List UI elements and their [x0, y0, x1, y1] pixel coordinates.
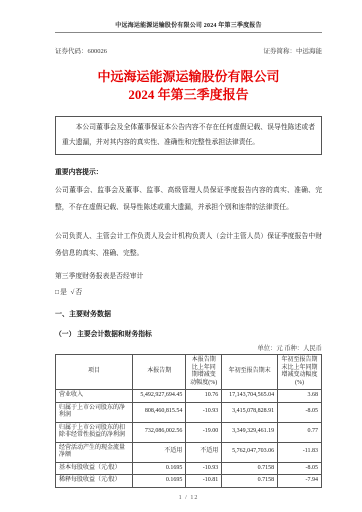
cell-value: 17,143,704,565.04	[222, 390, 278, 403]
cell-value: -10.93	[186, 402, 222, 422]
report-page: 中远海运能源运输股份有限公司 2024 年第三季度报告 证券代码：600026 …	[0, 0, 362, 512]
section-heading: 一、主要财务数据	[55, 309, 322, 319]
table-row: 营业收入5,492,927,694.4510.7617,143,704,565.…	[56, 390, 322, 403]
column-header: 年初至报告期末	[222, 355, 278, 390]
audit-question: 第三季度财务报表是否经审计	[55, 270, 322, 280]
table-row: 经营活动产生的现金流量净额不适用不适用5,762,047,703.06-11.8…	[56, 442, 322, 462]
row-label: 归属于上市公司股东的净利润	[56, 402, 133, 422]
cell-value: 0.7158	[222, 475, 278, 488]
stock-code: 证券代码：600026	[55, 46, 107, 55]
cell-value: -8.05	[278, 462, 322, 475]
section-subheading: （一） 主要会计数据和财务指标	[55, 328, 322, 338]
column-header: 本报告期	[133, 355, 186, 390]
document-title-line2: 2024 年第三季度报告	[55, 86, 322, 104]
cell-value: 0.7158	[222, 462, 278, 475]
row-label: 归属于上市公司股东的扣除非经常性损益的净利润	[56, 422, 133, 442]
table-row: 归属于上市公司股东的扣除非经常性损益的净利润732,086,002.56-19.…	[56, 422, 322, 442]
page-number: 1 / 12	[55, 495, 322, 501]
cell-value: 732,086,002.56	[133, 422, 186, 442]
important-notice-heading: 重要内容提示：	[55, 166, 322, 176]
table-row: 归属于上市公司股东的净利润808,460,815.54-10.933,415,0…	[56, 402, 322, 422]
cell-value: 5,762,047,703.06	[222, 442, 278, 462]
column-header: 年初至报告期末比上年同期增减变动幅度(%)	[278, 355, 322, 390]
notice-paragraph-2: 公司负责人、主管会计工作负责人及会计机构负责人（会计主管人员）保证季度报告中财务…	[55, 229, 322, 262]
cell-value: 0.1695	[133, 462, 186, 475]
financial-indicators-table: 项目本报告期本报告期比上年同期增减变动幅度(%)年初至报告期末年初至报告期末比上…	[55, 354, 322, 488]
row-label: 稀释每股收益（元/股）	[56, 475, 133, 488]
cell-value: -11.83	[278, 442, 322, 462]
notice-paragraph-1: 公司董事会、监事会及董事、监事、高级管理人员保证季度报告内容的真实、准确、完整，…	[55, 183, 322, 216]
cell-value: 3.68	[278, 390, 322, 403]
cell-value: 10.76	[186, 390, 222, 403]
column-header: 本报告期比上年同期增减变动幅度(%)	[186, 355, 222, 390]
cell-value: 不适用	[186, 442, 222, 462]
cell-value: -7.94	[278, 475, 322, 488]
cell-value: 3,415,078,828.91	[222, 402, 278, 422]
cell-value: -10.93	[186, 462, 222, 475]
document-title-line1: 中远海运能源运输股份有限公司	[55, 68, 322, 86]
table-row: 稀释每股收益（元/股）0.1695-10.810.7158-7.94	[56, 475, 322, 488]
cell-value: 3,349,329,461.19	[222, 422, 278, 442]
board-statement-box: 本公司董事会及全体董事保证本公告内容不存在任何虚假记载、误导性陈述或者重大遗漏，…	[55, 116, 322, 155]
row-label: 经营活动产生的现金流量净额	[56, 442, 133, 462]
row-label: 基本每股收益（元/股）	[56, 462, 133, 475]
running-head: 中远海运能源运输股份有限公司 2024 年第三季度报告	[55, 20, 322, 33]
cell-value: 808,460,815.54	[133, 402, 186, 422]
stock-codes-row: 证券代码：600026 证券简称：中远海能	[55, 46, 322, 55]
cell-value: -19.00	[186, 422, 222, 442]
financial-table-head-row: 项目本报告期本报告期比上年同期增减变动幅度(%)年初至报告期末年初至报告期末比上…	[56, 355, 322, 390]
stock-short-name: 证券简称：中远海能	[264, 46, 323, 55]
cell-value: 0.1695	[133, 475, 186, 488]
column-header: 项目	[56, 355, 133, 390]
cell-value: -10.81	[186, 475, 222, 488]
cell-value: 5,492,927,694.45	[133, 390, 186, 403]
cell-value: -8.05	[278, 402, 322, 422]
cell-value: 0.77	[278, 422, 322, 442]
cell-value: 不适用	[133, 442, 186, 462]
row-label: 营业收入	[56, 390, 133, 403]
table-row: 基本每股收益（元/股）0.1695-10.930.7158-8.05	[56, 462, 322, 475]
audit-options: □是 √否	[55, 286, 322, 296]
document-title: 中远海运能源运输股份有限公司 2024 年第三季度报告	[55, 68, 322, 104]
unit-currency-note: 单位：元 币种：人民币	[55, 343, 322, 352]
financial-table-body: 营业收入5,492,927,694.4510.7617,143,704,565.…	[56, 390, 322, 488]
board-statement-text: 本公司董事会及全体董事保证本公告内容不存在任何虚假记载、误导性陈述或者重大遗漏，…	[62, 121, 315, 150]
